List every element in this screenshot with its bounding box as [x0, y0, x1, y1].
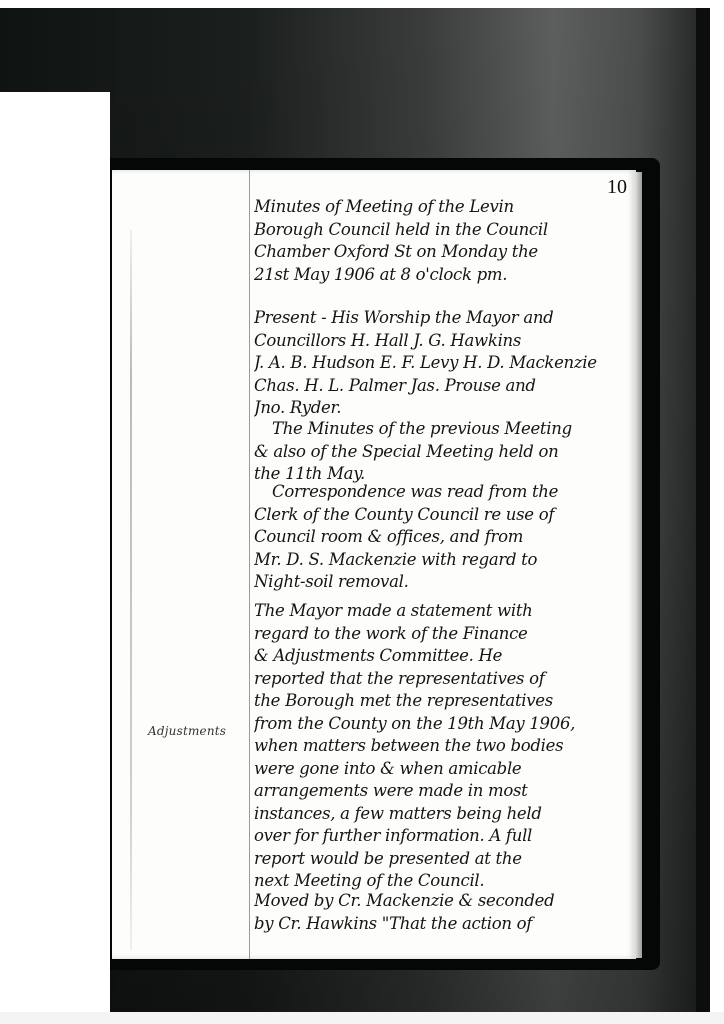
text-line: Jno. Ryder.	[254, 397, 634, 420]
text-line: The Mayor made a statement with	[254, 600, 634, 623]
scanner-edge-strip	[696, 8, 710, 1013]
scan-bottom-margin	[0, 1012, 724, 1024]
text-line: Chas. H. L. Palmer Jas. Prouse and	[254, 375, 634, 398]
text-line: Night-soil removal.	[254, 571, 634, 594]
facing-page-blank	[0, 92, 110, 1024]
binding-gutter	[130, 230, 132, 950]
text-line: Chamber Oxford St on Monday the	[254, 241, 634, 264]
text-line: Minutes of Meeting of the Levin	[254, 196, 634, 219]
margin-rule	[249, 170, 250, 959]
text-line: 21st May 1906 at 8 o'clock pm.	[254, 264, 634, 287]
mayor-statement-paragraph: The Mayor made a statement with regard t…	[254, 600, 634, 893]
text-line: The Minutes of the previous Meeting	[254, 418, 634, 441]
present-paragraph: Present - His Worship the Mayor and Coun…	[254, 307, 634, 420]
previous-minutes-paragraph: The Minutes of the previous Meeting & al…	[254, 418, 634, 486]
text-line: & Adjustments Committee. He	[254, 645, 634, 668]
text-line: Present - His Worship the Mayor and	[254, 307, 634, 330]
page-edge	[636, 172, 642, 958]
text-line: & also of the Special Meeting held on	[254, 441, 634, 464]
text-line: were gone into & when amicable	[254, 758, 634, 781]
margin-note: Adjustments	[148, 724, 248, 738]
text-line: when matters between the two bodies	[254, 735, 634, 758]
text-line: over for further information. A full	[254, 825, 634, 848]
text-line: arrangements were made in most	[254, 780, 634, 803]
correspondence-paragraph: Correspondence was read from the Clerk o…	[254, 481, 634, 594]
text-line: by Cr. Hawkins "That the action of	[254, 913, 634, 936]
text-line: instances, a few matters being held	[254, 803, 634, 826]
minutes-title: Minutes of Meeting of the Levin Borough …	[254, 196, 634, 286]
text-line: regard to the work of the Finance	[254, 623, 634, 646]
text-line: J. A. B. Hudson E. F. Levy H. D. Mackenz…	[254, 352, 634, 375]
text-line: Council room & offices, and from	[254, 526, 634, 549]
text-line: Correspondence was read from the	[254, 481, 634, 504]
text-line: reported that the representatives of	[254, 668, 634, 691]
text-line: Councillors H. Hall J. G. Hawkins	[254, 330, 634, 353]
text-line: report would be presented at the	[254, 848, 634, 871]
text-line: Clerk of the County Council re use of	[254, 504, 634, 527]
text-line: Borough Council held in the Council	[254, 219, 634, 242]
text-line: the Borough met the representatives	[254, 690, 634, 713]
text-line: Mr. D. S. Mackenzie with regard to	[254, 549, 634, 572]
text-line: from the County on the 19th May 1906,	[254, 713, 634, 736]
text-line: Moved by Cr. Mackenzie & seconded	[254, 890, 634, 913]
motion-paragraph: Moved by Cr. Mackenzie & seconded by Cr.…	[254, 890, 634, 935]
